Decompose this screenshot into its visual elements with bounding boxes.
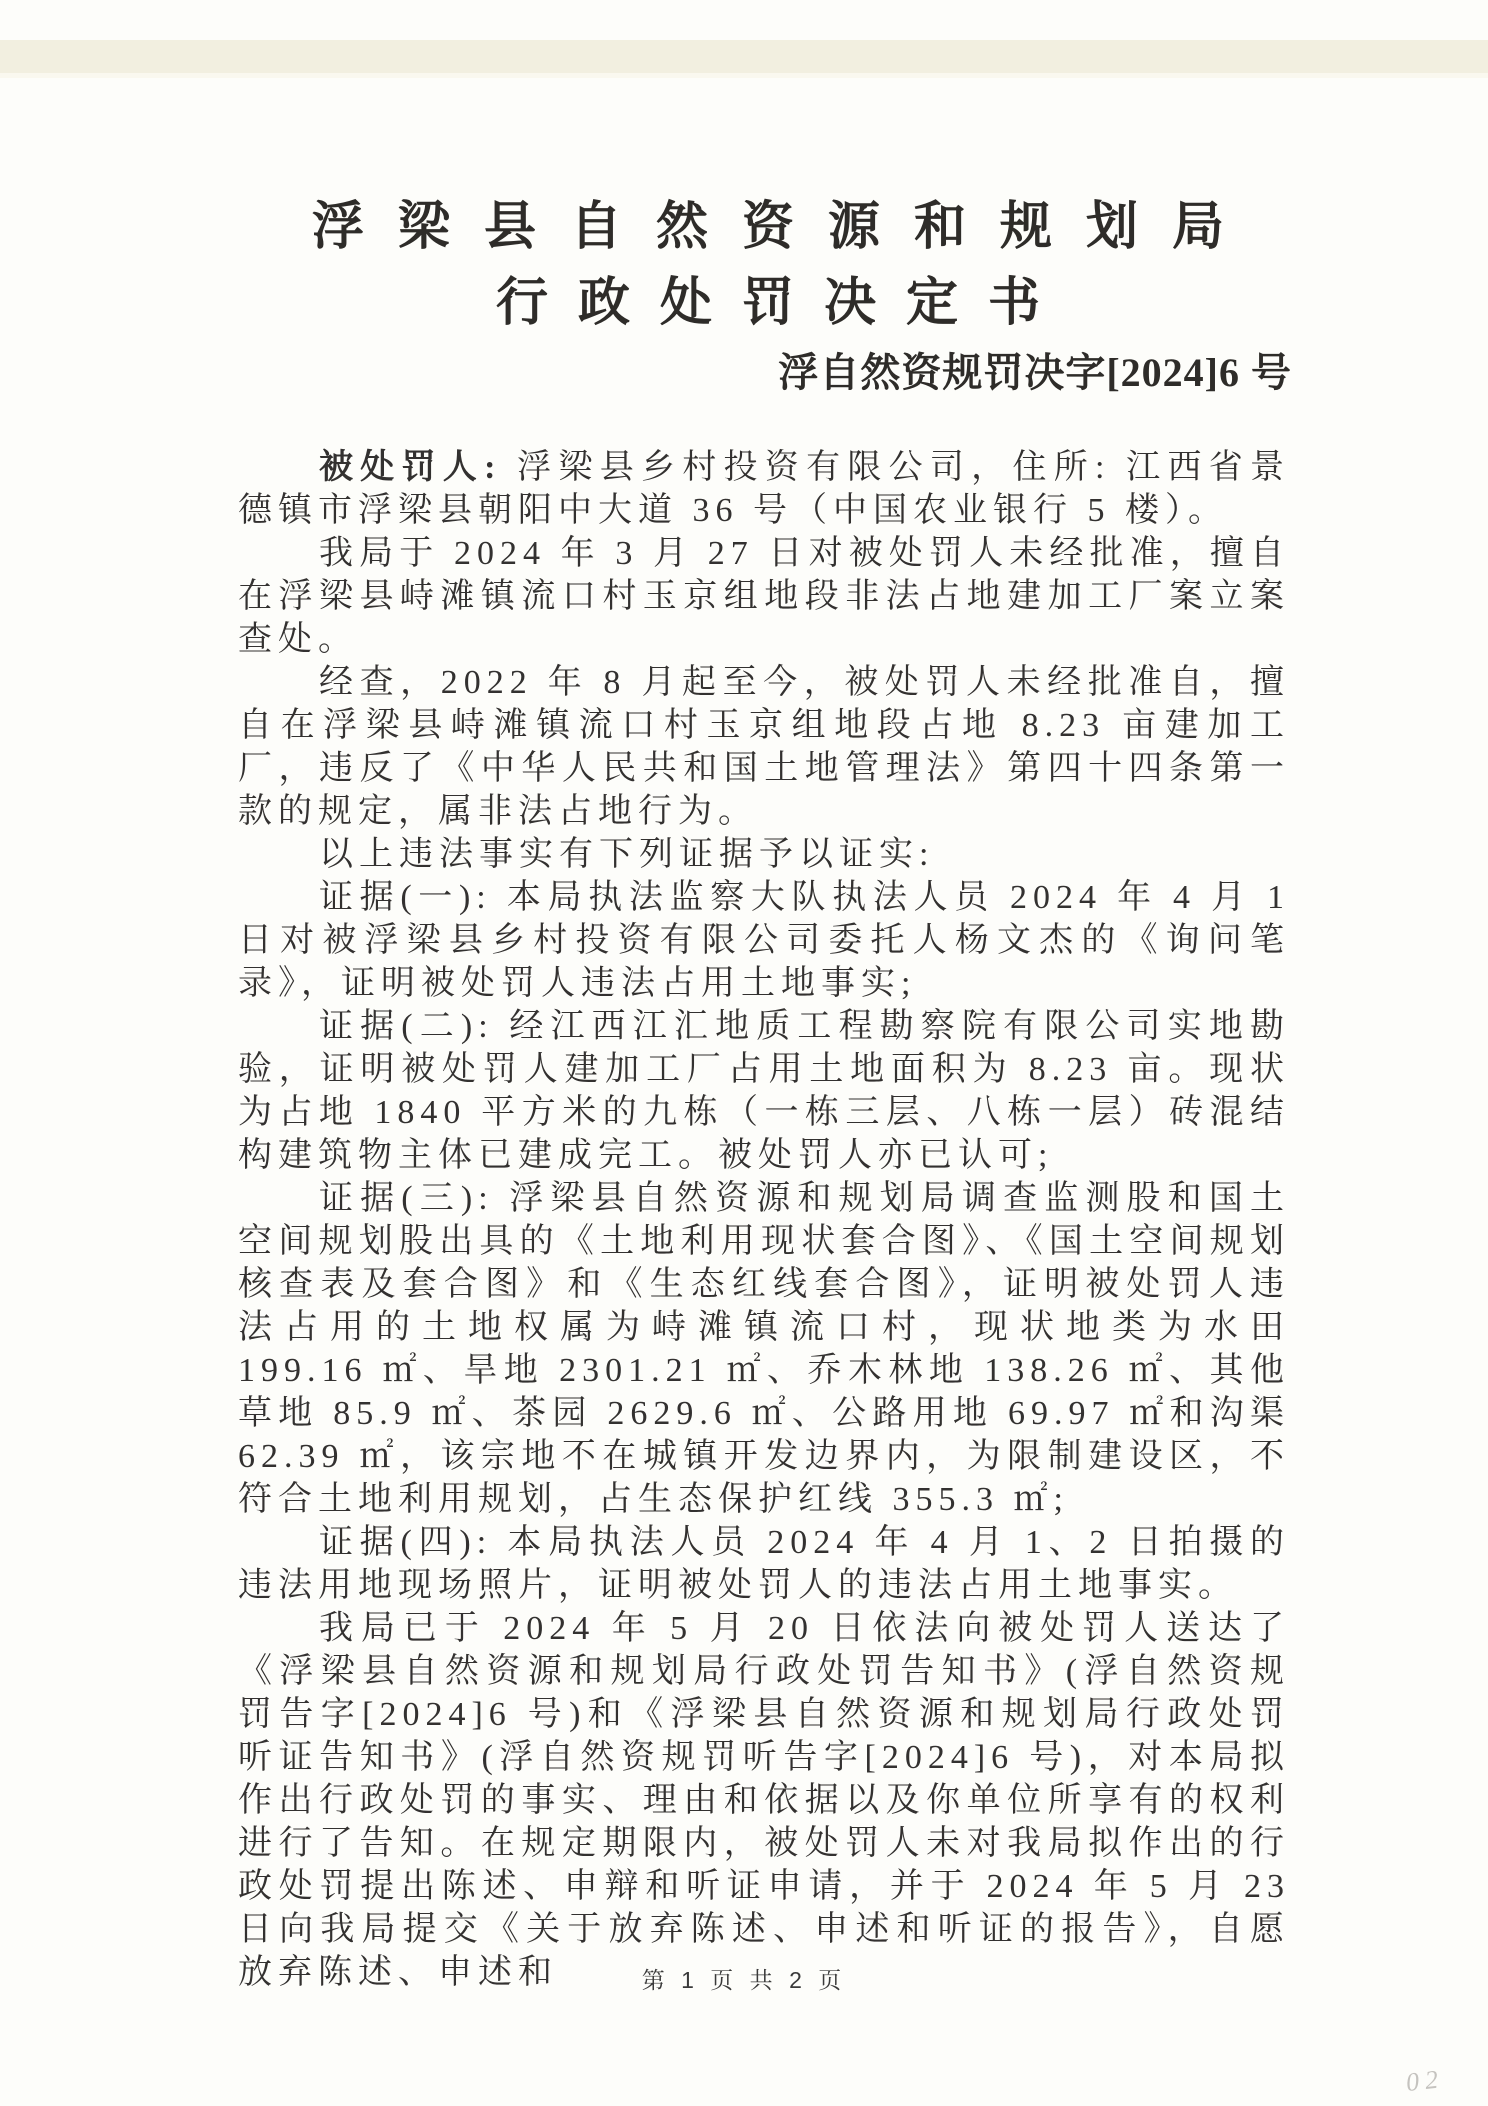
page-number: 第 1 页 共 2 页 bbox=[0, 1962, 1488, 1995]
paragraph-notification: 我局已于 2024 年 5 月 20 日依法向被处罚人送达了《浮梁县自然资源和规… bbox=[238, 1607, 1290, 1994]
paragraph-evidence-2: 证据(二): 经江西江汇地质工程勘察院有限公司实地勘验，证明被处罚人建加工厂占用… bbox=[238, 1005, 1290, 1177]
scan-edge-band bbox=[0, 40, 1488, 78]
document-body: 被处罚人: 浮梁县乡村投资有限公司，住所: 江西省景德镇市浮梁县朝阳中大道 36… bbox=[238, 446, 1290, 1994]
handwritten-corner-mark: 02 bbox=[1405, 2064, 1446, 2098]
scanned-document-page: 浮梁县自然资源和规划局 行政处罚决定书 浮自然资规罚决字[2024]6 号 被处… bbox=[0, 0, 1488, 2106]
paragraph-evidence-1: 证据(一): 本局执法监察大队执法人员 2024 年 4 月 1 日对被浮梁县乡… bbox=[238, 876, 1290, 1005]
document-title-line2: 行政处罚决定书 bbox=[48, 276, 1488, 332]
document-number: 浮自然资规罚决字[2024]6 号 bbox=[778, 350, 1292, 396]
paragraph-evidence-4: 证据(四): 本局执法人员 2024 年 4 月 1、2 日拍摄的违法用地现场照… bbox=[238, 1521, 1290, 1607]
paragraph-investigation-findings: 经查，2022 年 8 月起至今，被处罚人未经批准自，擅自在浮梁县峙滩镇流口村玉… bbox=[238, 661, 1290, 833]
paragraph-penalized-party: 被处罚人: 浮梁县乡村投资有限公司，住所: 江西省景德镇市浮梁县朝阳中大道 36… bbox=[238, 446, 1290, 532]
document-title-line1: 浮梁县自然资源和规划局 bbox=[48, 200, 1488, 256]
paragraph-evidence-intro: 以上违法事实有下列证据予以证实: bbox=[238, 833, 1290, 876]
paragraph-evidence-3: 证据(三): 浮梁县自然资源和规划局调查监测股和国土空间规划股出具的《土地利用现… bbox=[238, 1177, 1290, 1521]
penalized-party-label: 被处罚人: bbox=[319, 449, 501, 486]
paragraph-case-filing: 我局于 2024 年 3 月 27 日对被处罚人未经批准，擅自在浮梁县峙滩镇流口… bbox=[238, 532, 1290, 661]
